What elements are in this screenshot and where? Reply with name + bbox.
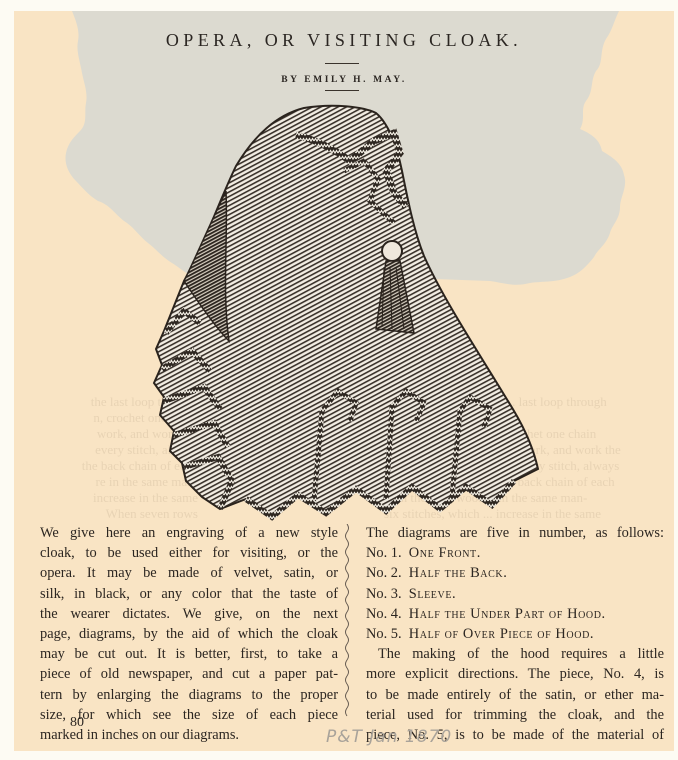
diagram-number: No. 2. [366,565,402,581]
diagram-label: One Front. [409,545,481,561]
text-line: terial used for trimming the cloak, and … [366,705,664,725]
text-line: piece of old newspaper, and cut a paper … [40,664,338,684]
diagram-label: Sleeve. [409,586,456,602]
diagram-item: No. 4. Half the Under Part of Hood. [366,604,664,624]
text-line: We give here an engraving of a new style [40,523,338,543]
magazine-page: Materials.—Pink wool ... last loop throu… [14,11,674,751]
diagram-number: No. 4. [366,606,402,622]
diagram-number: No. 5. [366,626,402,642]
text-line: may be cut out. It is better, first, to … [40,644,338,664]
diagram-number: No. 3. [366,586,402,602]
text-line: tern by enlarging the diagrams to the pr… [40,685,338,705]
text-line: the wearer dictates. We give, on the nex… [40,604,338,624]
diagram-item: No. 3. Sleeve. [366,584,664,604]
diagrams-intro: The diagrams are five in number, as foll… [366,523,664,543]
text-line: cloak, to be used either for visiting, o… [40,543,338,563]
text-line: more explicit directions. The piece, No.… [366,664,664,684]
text-line: to be made entirely of the satin, or eth… [366,685,664,705]
column-divider [343,524,351,724]
text-line: silk, in black, or any color that the ta… [40,584,338,604]
text-line: marked in inches on our diagrams. [40,725,338,745]
diagram-label: Half of Over Piece of Hood. [409,626,594,642]
diagram-label: Half the Back. [409,565,508,581]
page-number: 80 [70,715,84,731]
diagram-item: No. 1. One Front. [366,543,664,563]
left-column-text: We give here an engraving of a new style… [40,523,338,745]
diagram-item: No. 5. Half of Over Piece of Hood. [366,624,664,644]
text-line: page, diagrams, by the aid of which the … [40,624,338,644]
text-line: opera. It may be made of velvet, satin, … [40,563,338,583]
diagram-item: No. 2. Half the Back. [366,563,664,583]
pencil-annotation: P&T Jan 1870 [326,727,452,747]
right-column-text: The diagrams are five in number, as foll… [366,523,664,745]
text-line: size, for which see the size of each pie… [40,705,338,725]
diagram-label: Half the Under Part of Hood. [409,606,606,622]
text-line: The making of the hood requires a little [366,644,664,664]
diagram-number: No. 1. [366,545,402,561]
